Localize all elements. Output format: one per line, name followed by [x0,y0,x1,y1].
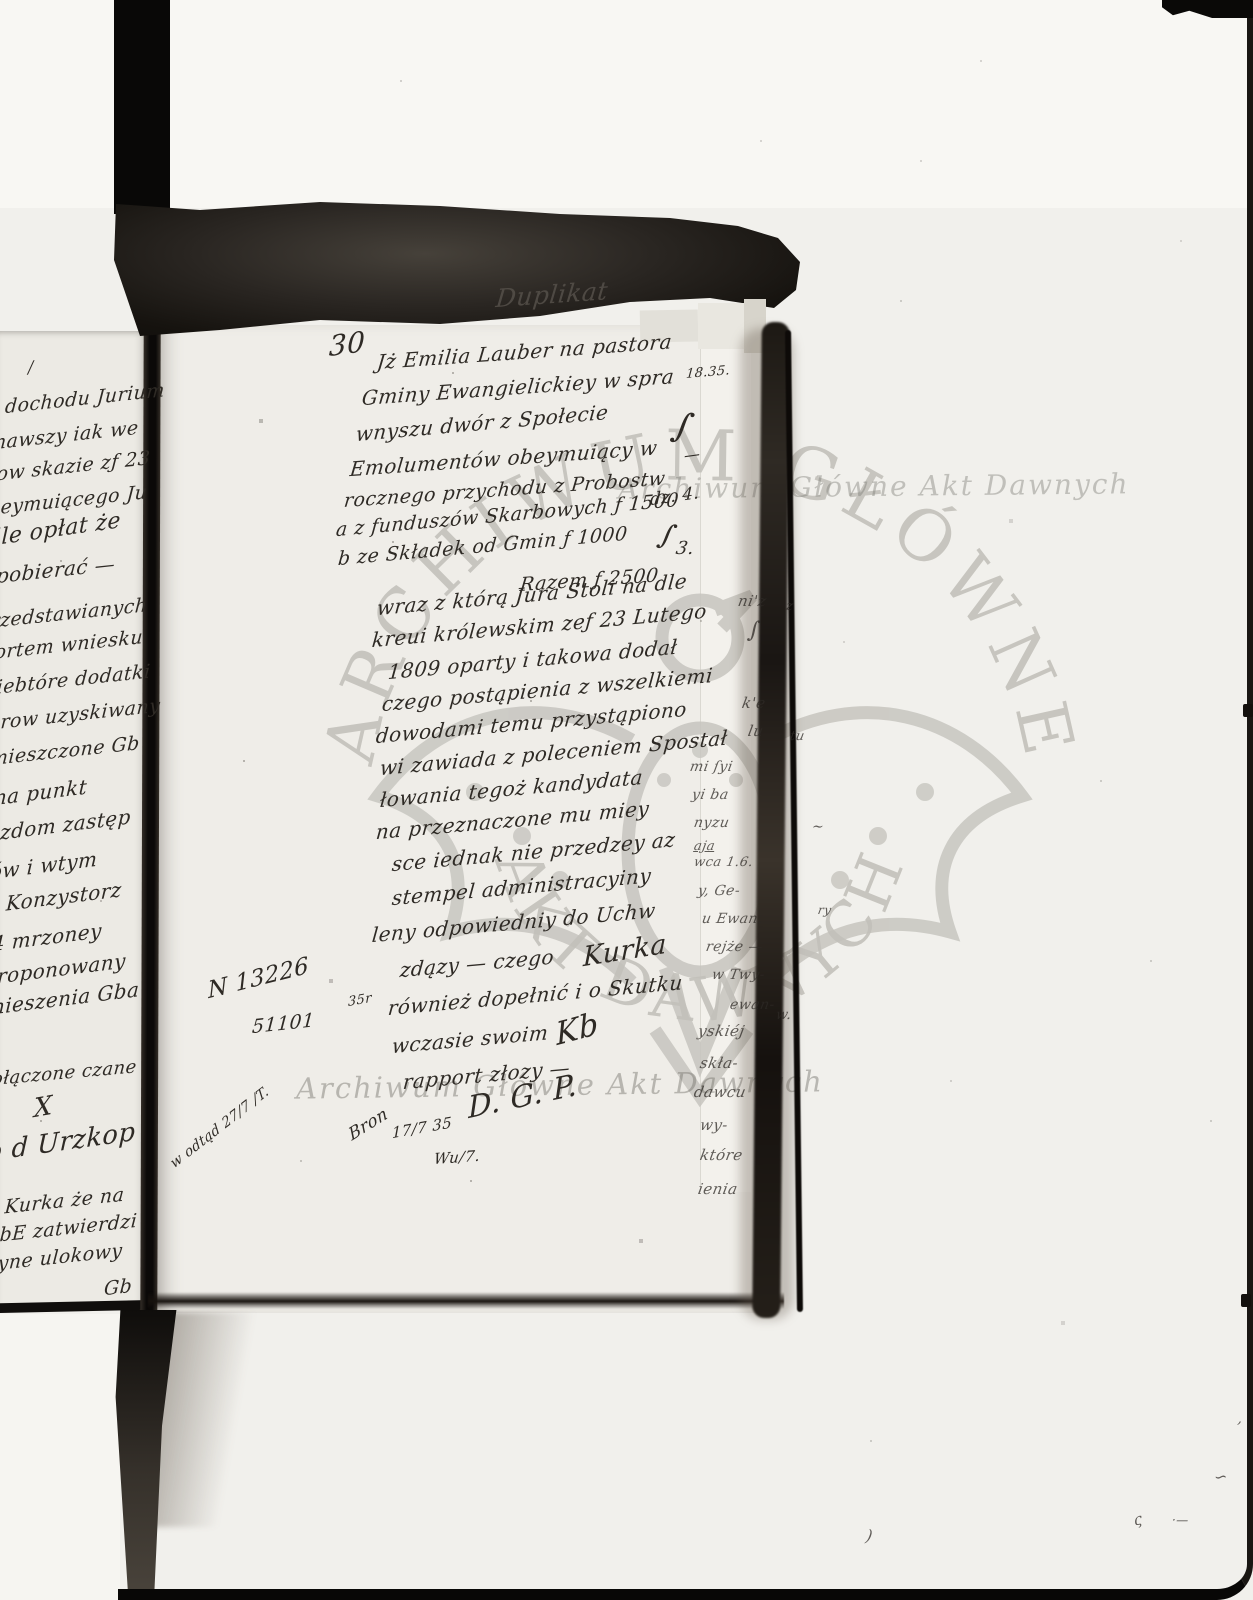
misc-marks-group: )ς·—∽, [0,0,1253,1600]
handwriting-layer: 30 Duplikat Jż Emilia Lauber na pastoraG… [0,0,1253,1600]
stray-mark: ·— [1171,1514,1190,1526]
stray-mark: ς [1133,1511,1144,1529]
stray-mark: ) [865,1528,875,1544]
scanned-manuscript-page: ARCHIWUM GŁÓWNE AKT DAWNYCH Archiwum Głó… [0,0,1253,1600]
stray-mark: , [1237,1412,1244,1426]
film-edge-nick [1241,1294,1251,1307]
film-edge-nick [1243,704,1253,717]
stray-mark: ∽ [1214,1468,1228,1486]
